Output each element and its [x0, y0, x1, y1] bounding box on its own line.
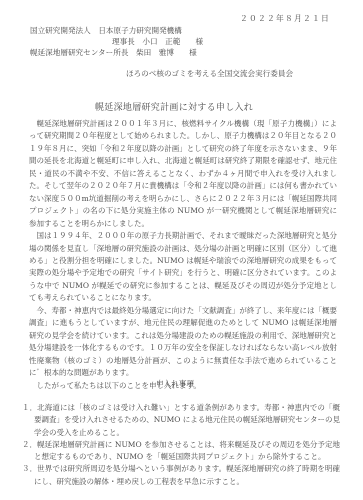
body-paragraph: 今、寿都・神恵内では最終処分場選定に向けた「文献調査」が終了し、来年度には「概要… [29, 305, 337, 380]
document-date: ２０２２年８月２１日 [240, 15, 330, 23]
request-item: ３．世界では研究所周辺を処分場へという事例があります。幌延深地層研究の終了時期を… [22, 463, 340, 488]
requests-list: １．北海道には「核のゴミは受け入れ難い」とする道条例があります。寿都・神恵内での… [22, 402, 340, 488]
requests-heading: 申入れ事項 [156, 378, 194, 389]
recipient-president: 理事長 小口 正範 様 [112, 38, 203, 46]
sender-committee: ほろのべ核のゴミを考える全国交流会実行委員会 [126, 70, 293, 78]
document-title: 幌延深地層研究計画に対する申し入れ [95, 100, 253, 113]
document-body: 幌延深地層研究計画は２００１年３月に、核燃料サイクル機構（現「原子力機構」）によ… [29, 118, 337, 392]
recipient-center-director: 幌延深地層研究センター所長 柴田 雅博 様 [30, 49, 197, 57]
request-item: ２．幌延深地層研究計画に NUMO を参加させることは、将来幌延及びその周辺を処… [22, 439, 340, 464]
recipient-organization: 国立研究開発法人 日本原子力研究開発機構 [30, 27, 182, 35]
document-page: ２０２２年８月２１日 国立研究開発法人 日本原子力研究開発機構 理事長 小口 正… [0, 0, 363, 500]
body-paragraph: 国は１９９４年、２０００年の原子力長期計画で、それまで曖昧だった深地層研究と処分… [29, 230, 337, 305]
request-item: １．北海道には「核のゴミは受け入れ難い」とする道条例があります。寿都・神恵内での… [22, 402, 340, 439]
body-paragraph: 幌延深地層研究計画は２００１年３月に、核燃料サイクル機構（現「原子力機構」）によ… [29, 118, 337, 230]
